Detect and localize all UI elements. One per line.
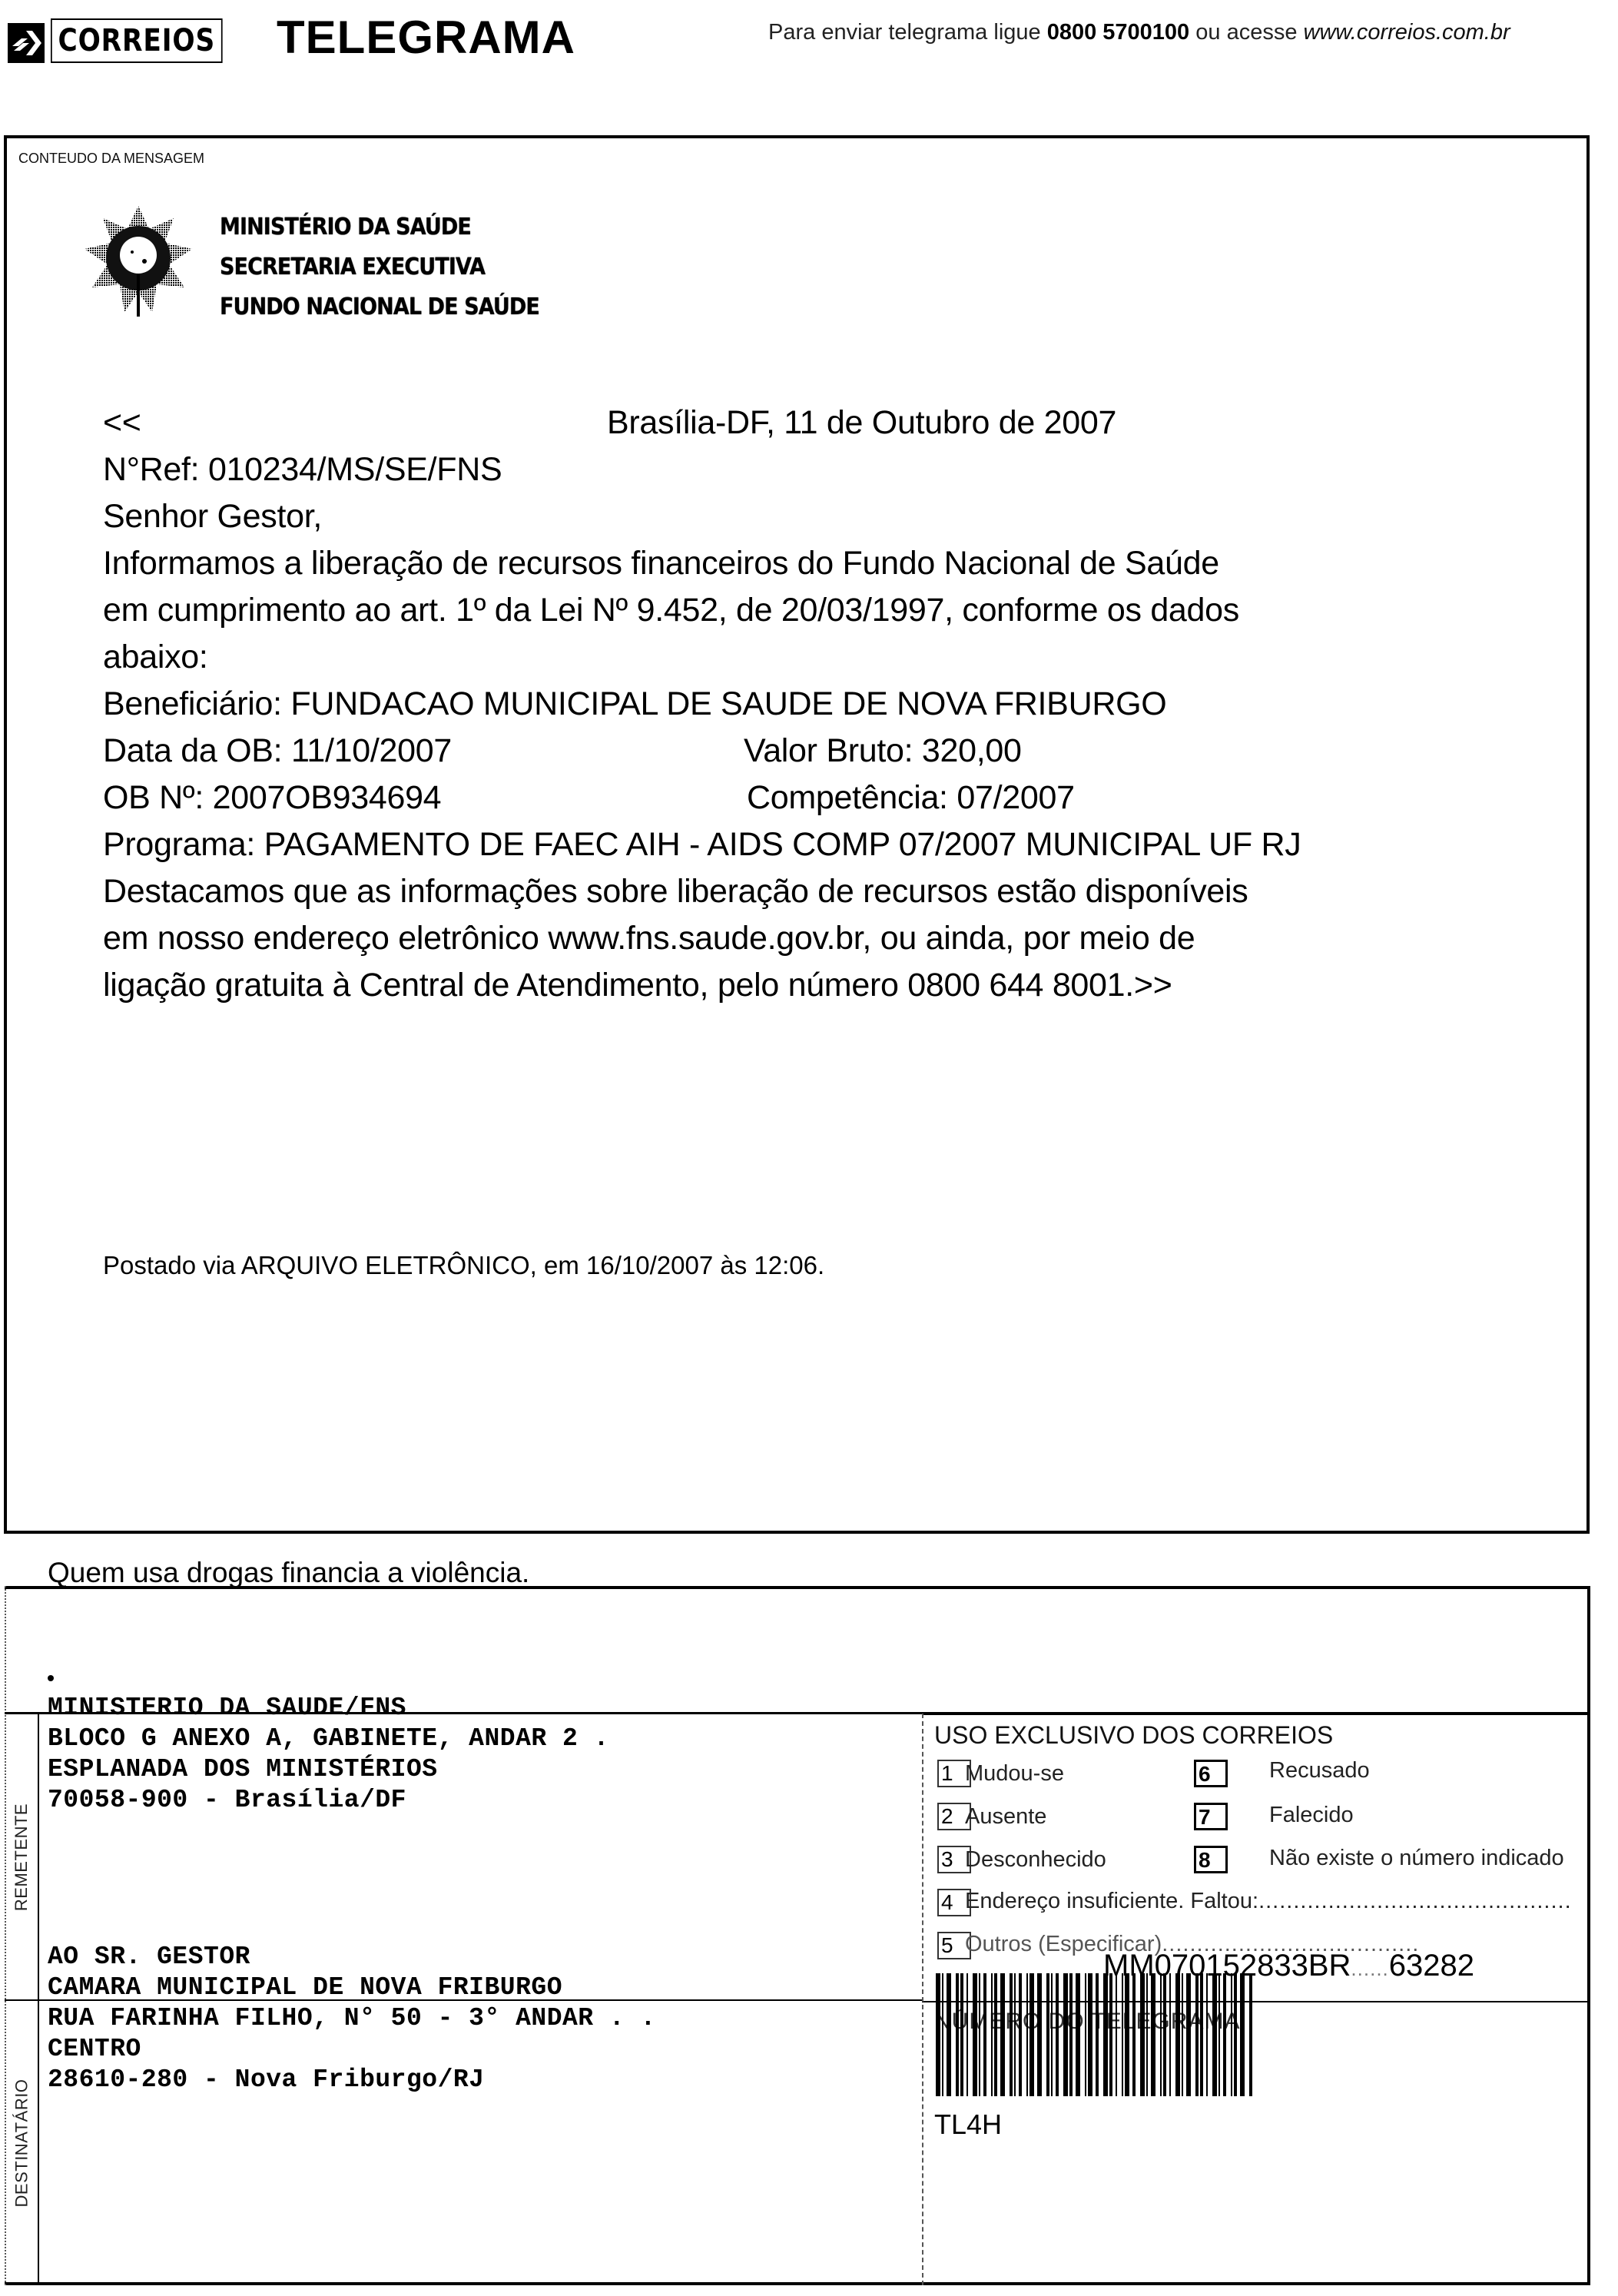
correios-brand: CORREIOS <box>51 18 223 63</box>
intro-line-1: Informamos a liberação de recursos finan… <box>103 545 1219 582</box>
option-4-dotted-field[interactable]: ........................................… <box>1258 1889 1572 1913</box>
closing-line-1: Destacamos que as informações sobre libe… <box>103 873 1248 911</box>
salutation: Senhor Gestor, <box>103 498 322 536</box>
org-line-secretariat: SECRETARIA EXECUTIVA <box>220 254 485 280</box>
recipient-label: DESTINATÁRIO <box>5 2002 39 2284</box>
contact-middle: ou acesse <box>1195 20 1297 45</box>
intro-line-3: abaixo: <box>103 639 208 676</box>
option-4-label-text: Endereço insuficiente. Faltou: <box>965 1889 1258 1913</box>
ob-number: OB Nº: 2007OB934694 <box>103 779 441 817</box>
recipient-line-3: RUA FARINHA FILHO, N° 50 - 3° ANDAR . . <box>48 2004 656 2032</box>
tracking-suffix: 63282 <box>1389 1949 1474 1982</box>
contact-prefix: Para enviar telegrama ligue <box>768 20 1041 45</box>
bullet-mark <box>48 1675 54 1681</box>
contact-phone: 0800 5700100 <box>1047 20 1189 45</box>
recipient-line-5: 28610-280 - Nova Friburgo/RJ <box>48 2065 485 2094</box>
barcode-icon <box>933 1973 1255 2096</box>
sender-line-3: ESPLANADA DOS MINISTÉRIOS <box>48 1755 438 1783</box>
postal-use-left-edge <box>922 1714 925 2285</box>
option-7-label: Falecido <box>1269 1803 1354 1828</box>
sender-label-text: REMETENTE <box>12 1803 32 1911</box>
closing-line-2: em nosso endereço eletrônico www.fns.sau… <box>103 920 1195 957</box>
sender-line-1: MINISTERIO DA SAUDE/FNS <box>48 1694 406 1722</box>
gross-value: Valor Bruto: 320,00 <box>744 732 1022 770</box>
reference-number: N°Ref: 010234/MS/SE/FNS <box>103 451 502 489</box>
option-4-label: Endereço insuficiente. Faltou:..........… <box>965 1889 1572 1914</box>
beneficiary: Beneficiário: FUNDACAO MUNICIPAL DE SAUD… <box>103 685 1166 723</box>
office-code: TL4H <box>934 2109 1002 2141</box>
option-7-checkbox[interactable]: 7 <box>1194 1803 1228 1830</box>
place-date: Brasília-DF, 11 de Outubro de 2007 <box>607 404 1116 442</box>
org-line-fund: FUNDO NACIONAL DE SAÚDE <box>220 294 539 320</box>
closing-line-3: ligação gratuita à Central de Atendiment… <box>103 967 1172 1004</box>
intro-line-2: em cumprimento ao art. 1º da Lei Nº 9.45… <box>103 592 1239 629</box>
header-contact-info: Para enviar telegrama ligue 0800 5700100… <box>768 20 1510 45</box>
program: Programa: PAGAMENTO DE FAEC AIH - AIDS C… <box>103 826 1301 864</box>
divider <box>922 1712 1589 1715</box>
message-section-label: CONTEUDO DA MENSAGEM <box>18 151 204 167</box>
brazil-coat-of-arms-icon <box>78 201 198 321</box>
recipient-line-4: CENTRO <box>48 2035 141 2063</box>
recipient-line-2: CAMARA MUNICIPAL DE NOVA FRIBURGO <box>48 1973 562 2002</box>
option-2-label: Ausente <box>965 1804 1046 1830</box>
option-8-checkbox[interactable]: 8 <box>1194 1846 1228 1873</box>
open-marker: << <box>103 404 141 442</box>
sender-label: REMETENTE <box>5 1715 39 1999</box>
recipient-label-text: DESTINATÁRIO <box>12 2079 32 2208</box>
contact-website-link[interactable]: www.correios.com.br <box>1304 20 1510 45</box>
document-title: TELEGRAMA <box>277 11 575 64</box>
ob-date: Data da OB: 11/10/2007 <box>103 732 452 770</box>
org-line-ministry: MINISTÉRIO DA SAÚDE <box>220 214 471 241</box>
sender-line-2: BLOCO G ANEXO A, GABINETE, ANDAR 2 . <box>48 1724 609 1753</box>
slogan: Quem usa drogas financia a violência. <box>48 1557 529 1589</box>
option-8-label: Não existe o número indicado <box>1269 1846 1564 1871</box>
recipient-line-1: AO SR. GESTOR <box>48 1943 250 1971</box>
option-6-checkbox[interactable]: 6 <box>1194 1760 1228 1787</box>
sender-line-4: 70058-900 - Brasília/DF <box>48 1786 406 1814</box>
postal-use-title: USO EXCLUSIVO DOS CORREIOS <box>934 1721 1333 1750</box>
posted-info: Postado via ARQUIVO ELETRÔNICO, em 16/10… <box>103 1251 824 1280</box>
option-1-label: Mudou-se <box>965 1761 1064 1787</box>
correios-logo-icon <box>8 23 45 63</box>
option-6-label: Recusado <box>1269 1758 1370 1783</box>
competence: Competência: 07/2007 <box>747 779 1075 817</box>
option-3-label: Desconhecido <box>965 1847 1106 1873</box>
